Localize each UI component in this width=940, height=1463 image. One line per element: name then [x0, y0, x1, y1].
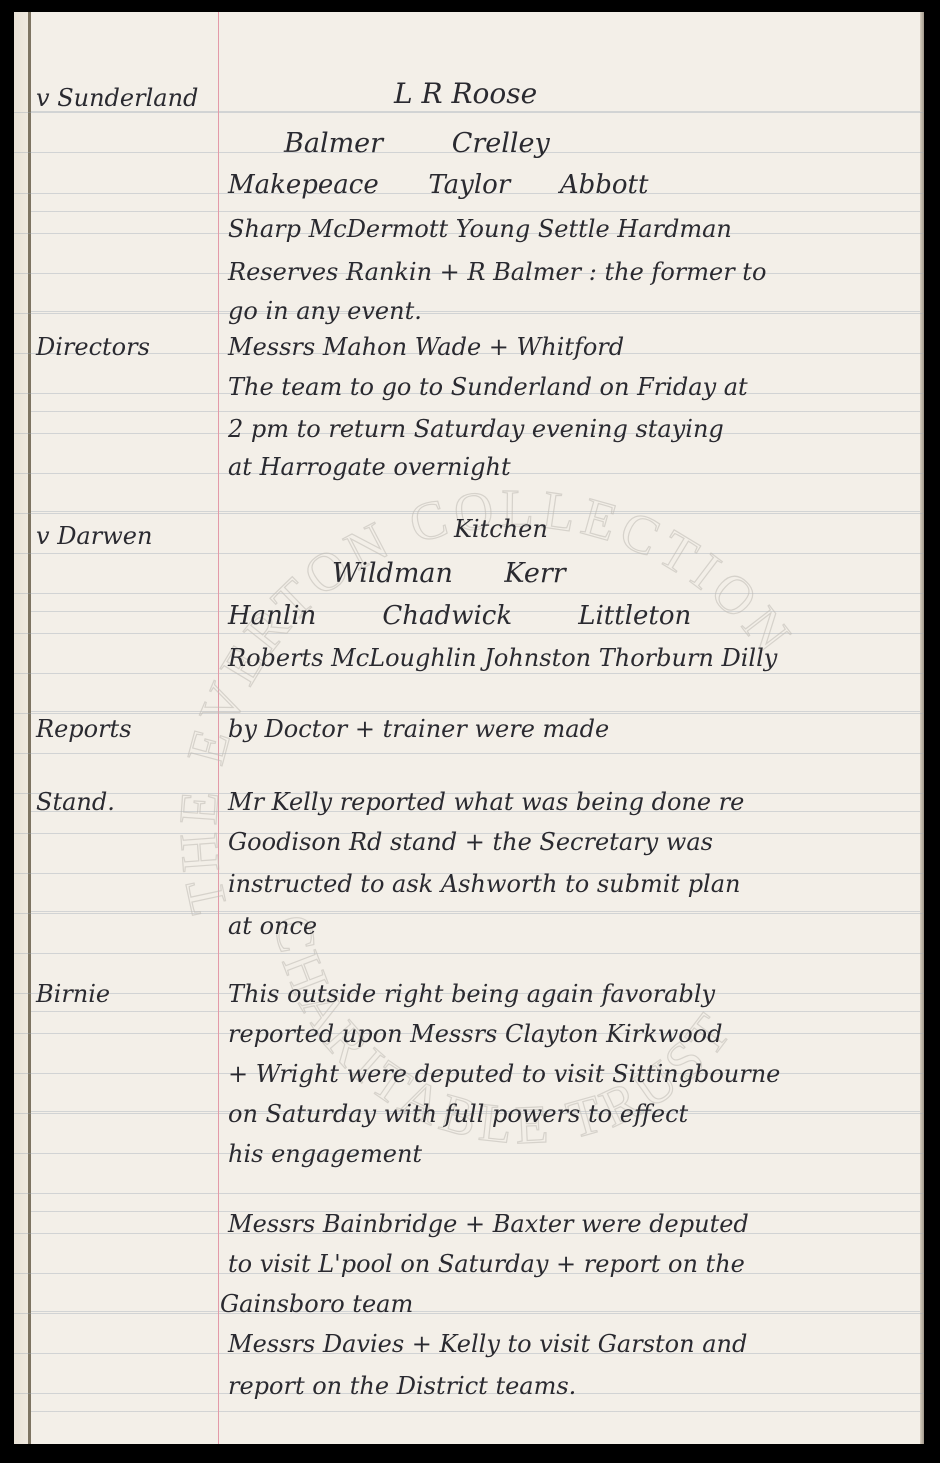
team-goalkeeper-line: L R Roose — [394, 80, 537, 108]
ruled-line — [14, 953, 924, 954]
birnie-line-5: his engagement — [228, 1142, 422, 1166]
deputation-line-5: report on the District teams. — [228, 1374, 576, 1398]
reports-line: by Doctor + trainer were made — [228, 717, 609, 741]
ruled-line — [14, 1153, 924, 1154]
travel-line-2: 2 pm to return Saturday evening staying — [228, 417, 724, 441]
entry-label-birnie: Birnie — [36, 982, 110, 1006]
deputation-line-4: Messrs Davies + Kelly to visit Garston a… — [228, 1332, 747, 1356]
ruled-line — [14, 313, 924, 314]
ruled-line — [14, 753, 924, 754]
team-forwards-line: Sharp McDermott Young Settle Hardman — [228, 217, 732, 241]
ruled-line — [14, 1313, 924, 1314]
deputation-line-3: Gainsboro team — [220, 1292, 413, 1316]
ruled-line — [14, 673, 924, 674]
page-right-edge — [920, 12, 924, 1444]
reserves-line-cont: go in any event. — [228, 299, 422, 323]
birnie-line-1: This outside right being again favorably — [228, 982, 715, 1006]
birnie-line-3: + Wright were deputed to visit Sittingbo… — [228, 1062, 780, 1086]
stand-line-2: Goodison Rd stand + the Secretary was — [228, 830, 713, 854]
birnie-line-4: on Saturday with full powers to effect — [228, 1102, 688, 1126]
stand-line-1: Mr Kelly reported what was being done re — [228, 790, 744, 814]
entry-label-reports: Reports — [36, 717, 132, 741]
darwen-forwards-line: Roberts McLoughlin Johnston Thorburn Dil… — [228, 646, 777, 670]
ruled-line — [14, 112, 924, 113]
stand-line-4: at once — [228, 914, 317, 938]
entry-label-sunderland: v Sunderland — [36, 86, 198, 110]
entry-label-directors: Directors — [36, 335, 150, 359]
team-backs-line: Balmer Crelley — [284, 130, 550, 157]
ruled-line — [14, 633, 924, 634]
binding-gutter-shadow — [14, 12, 28, 1444]
entry-label-stand: Stand. — [36, 790, 115, 814]
reserves-line: Reserves Rankin + R Balmer : the former … — [228, 260, 766, 284]
deputation-line-2: to visit L'pool on Saturday + report on … — [228, 1252, 745, 1276]
travel-line-3: at Harrogate overnight — [228, 455, 511, 479]
deputation-line-1: Messrs Bainbridge + Baxter were deputed — [228, 1212, 749, 1236]
ruled-line — [14, 913, 924, 914]
margin-rule — [218, 12, 219, 1444]
darwen-halfbacks-line: Hanlin Chadwick Littleton — [228, 603, 691, 629]
team-halfbacks-line: Makepeace Taylor Abbott — [228, 172, 648, 198]
minute-book-page: THE EVERTON COLLECTION CHARITABLE TRUST … — [14, 12, 924, 1444]
entry-label-darwen: v Darwen — [36, 524, 152, 548]
ruled-line — [14, 593, 924, 594]
birnie-line-2: reported upon Messrs Clayton Kirkwood — [228, 1022, 723, 1046]
binding-gutter-line — [28, 12, 31, 1444]
stand-line-3: instructed to ask Ashworth to submit pla… — [228, 872, 741, 896]
ruled-line — [14, 1193, 924, 1194]
ruled-line — [14, 513, 924, 514]
directors-names-line: Messrs Mahon Wade + Whitford — [228, 335, 624, 359]
ruled-line — [14, 713, 924, 714]
ruled-line — [14, 553, 924, 554]
darwen-goalkeeper-line: Kitchen — [454, 517, 548, 541]
travel-line-1: The team to go to Sunderland on Friday a… — [228, 375, 748, 399]
darwen-backs-line: Wildman Kerr — [332, 560, 566, 587]
